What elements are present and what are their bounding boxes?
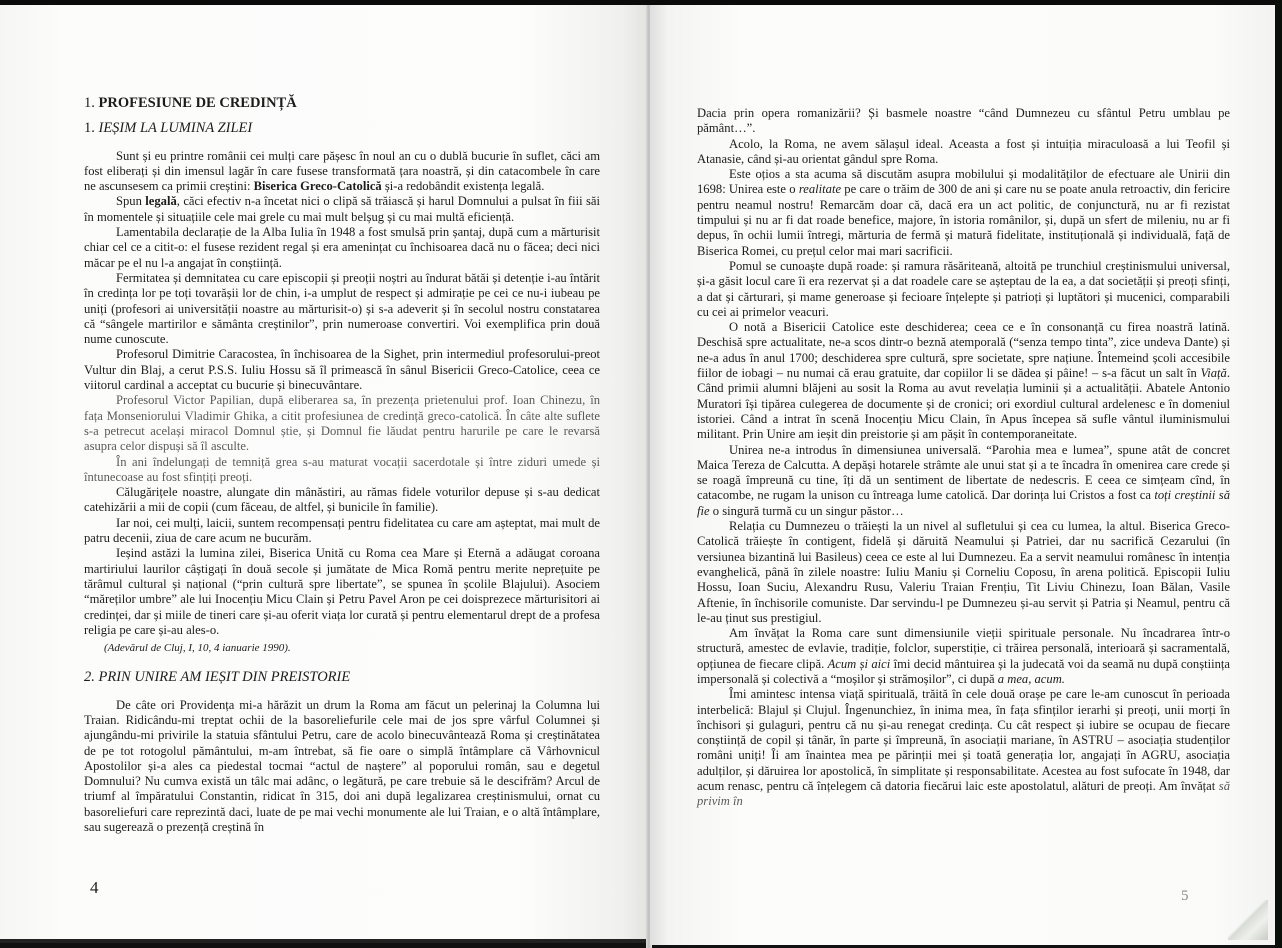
- paragraph: Lamentabila declarație de la Alba Iulia …: [84, 225, 600, 271]
- citation: (Adevărul de Cluj, I, 10, 4 ianuarie 199…: [104, 641, 600, 656]
- italic-term: Viață: [1200, 366, 1226, 380]
- bold-term: Biserica Greco-Catolică: [254, 179, 382, 193]
- paragraph: De câte ori Providența mi-a hărăzit un d…: [84, 698, 600, 836]
- section-number: 2.: [84, 669, 95, 685]
- scan-right-edge: [1275, 0, 1282, 948]
- section-title-2: 2. PRIN UNIRE AM IEȘIT DIN PREISTORIE: [84, 670, 600, 685]
- italic-term: realitate: [799, 182, 841, 196]
- section-title-text: IEȘIM LA LUMINA ZILEI: [99, 120, 253, 136]
- paragraph: Profesorul Victor Papilian, după elibera…: [84, 393, 600, 454]
- paragraph: În ani îndelungați de temniță grea s-au …: [84, 455, 600, 486]
- bold-term: legală: [145, 194, 176, 208]
- chapter-number: 1.: [84, 95, 95, 111]
- page-number-right: 5: [1181, 888, 1189, 905]
- section-number: 1.: [84, 120, 95, 136]
- section-title-text: PRIN UNIRE AM IEȘIT DIN PREISTORIE: [99, 669, 351, 685]
- paragraph: Spun legală, căci efectiv n-a încetat ni…: [84, 194, 600, 225]
- paragraph: Am învățat la Roma care sunt dimensiunil…: [697, 626, 1230, 687]
- paragraph: Îmi amintesc intensa viață spirituală, t…: [697, 687, 1230, 809]
- chapter-title: 1. PROFESIUNE DE CREDINȚĂ: [84, 96, 600, 111]
- paragraph: Acolo, la Roma, ne avem sălașul ideal. A…: [697, 137, 1230, 168]
- paragraph: Este oțios a sta acuma să discutăm asupr…: [697, 167, 1230, 259]
- paragraph: O notă a Bisericii Catolice este deschid…: [697, 320, 1230, 442]
- italic-term: a mea, acum.: [998, 672, 1065, 686]
- italic-term: Acum și aici: [828, 657, 891, 671]
- page-curl: [1228, 900, 1268, 940]
- paragraph: Călugărițele noastre, alungate din mânăs…: [84, 485, 600, 516]
- page-number-left: 4: [90, 878, 99, 898]
- paragraph: Fermitatea și demnitatea cu care episcop…: [84, 271, 600, 347]
- paragraph: Ieșind astăzi la lumina zilei, Biserica …: [84, 546, 600, 638]
- left-page-content: 1. PROFESIUNE DE CREDINȚĂ 1. IEȘIM LA LU…: [84, 96, 600, 835]
- section-title-1: 1. IEȘIM LA LUMINA ZILEI: [84, 121, 600, 136]
- right-page-content: Dacia prin opera romanizării? Și basmele…: [697, 106, 1230, 810]
- paragraph: Profesorul Dimitrie Caracostea, în închi…: [84, 347, 600, 393]
- paragraph: Relația cu Dumnezeu o trăiești la un niv…: [697, 519, 1230, 626]
- paragraph: Sunt și eu printre românii cei mulți car…: [84, 149, 600, 195]
- continued-paragraph: Dacia prin opera romanizării? Și basmele…: [697, 106, 1230, 137]
- paragraph: Unirea ne-a introdus în dimensiunea univ…: [697, 443, 1230, 519]
- paragraph: Iar noi, cei mulți, laicii, suntem recom…: [84, 516, 600, 547]
- paragraph: Pomul se cunoaște după roade: și ramura …: [697, 259, 1230, 320]
- chapter-title-text: PROFESIUNE DE CREDINȚĂ: [99, 95, 297, 111]
- book-spread: 1. PROFESIUNE DE CREDINȚĂ 1. IEȘIM LA LU…: [0, 0, 1282, 948]
